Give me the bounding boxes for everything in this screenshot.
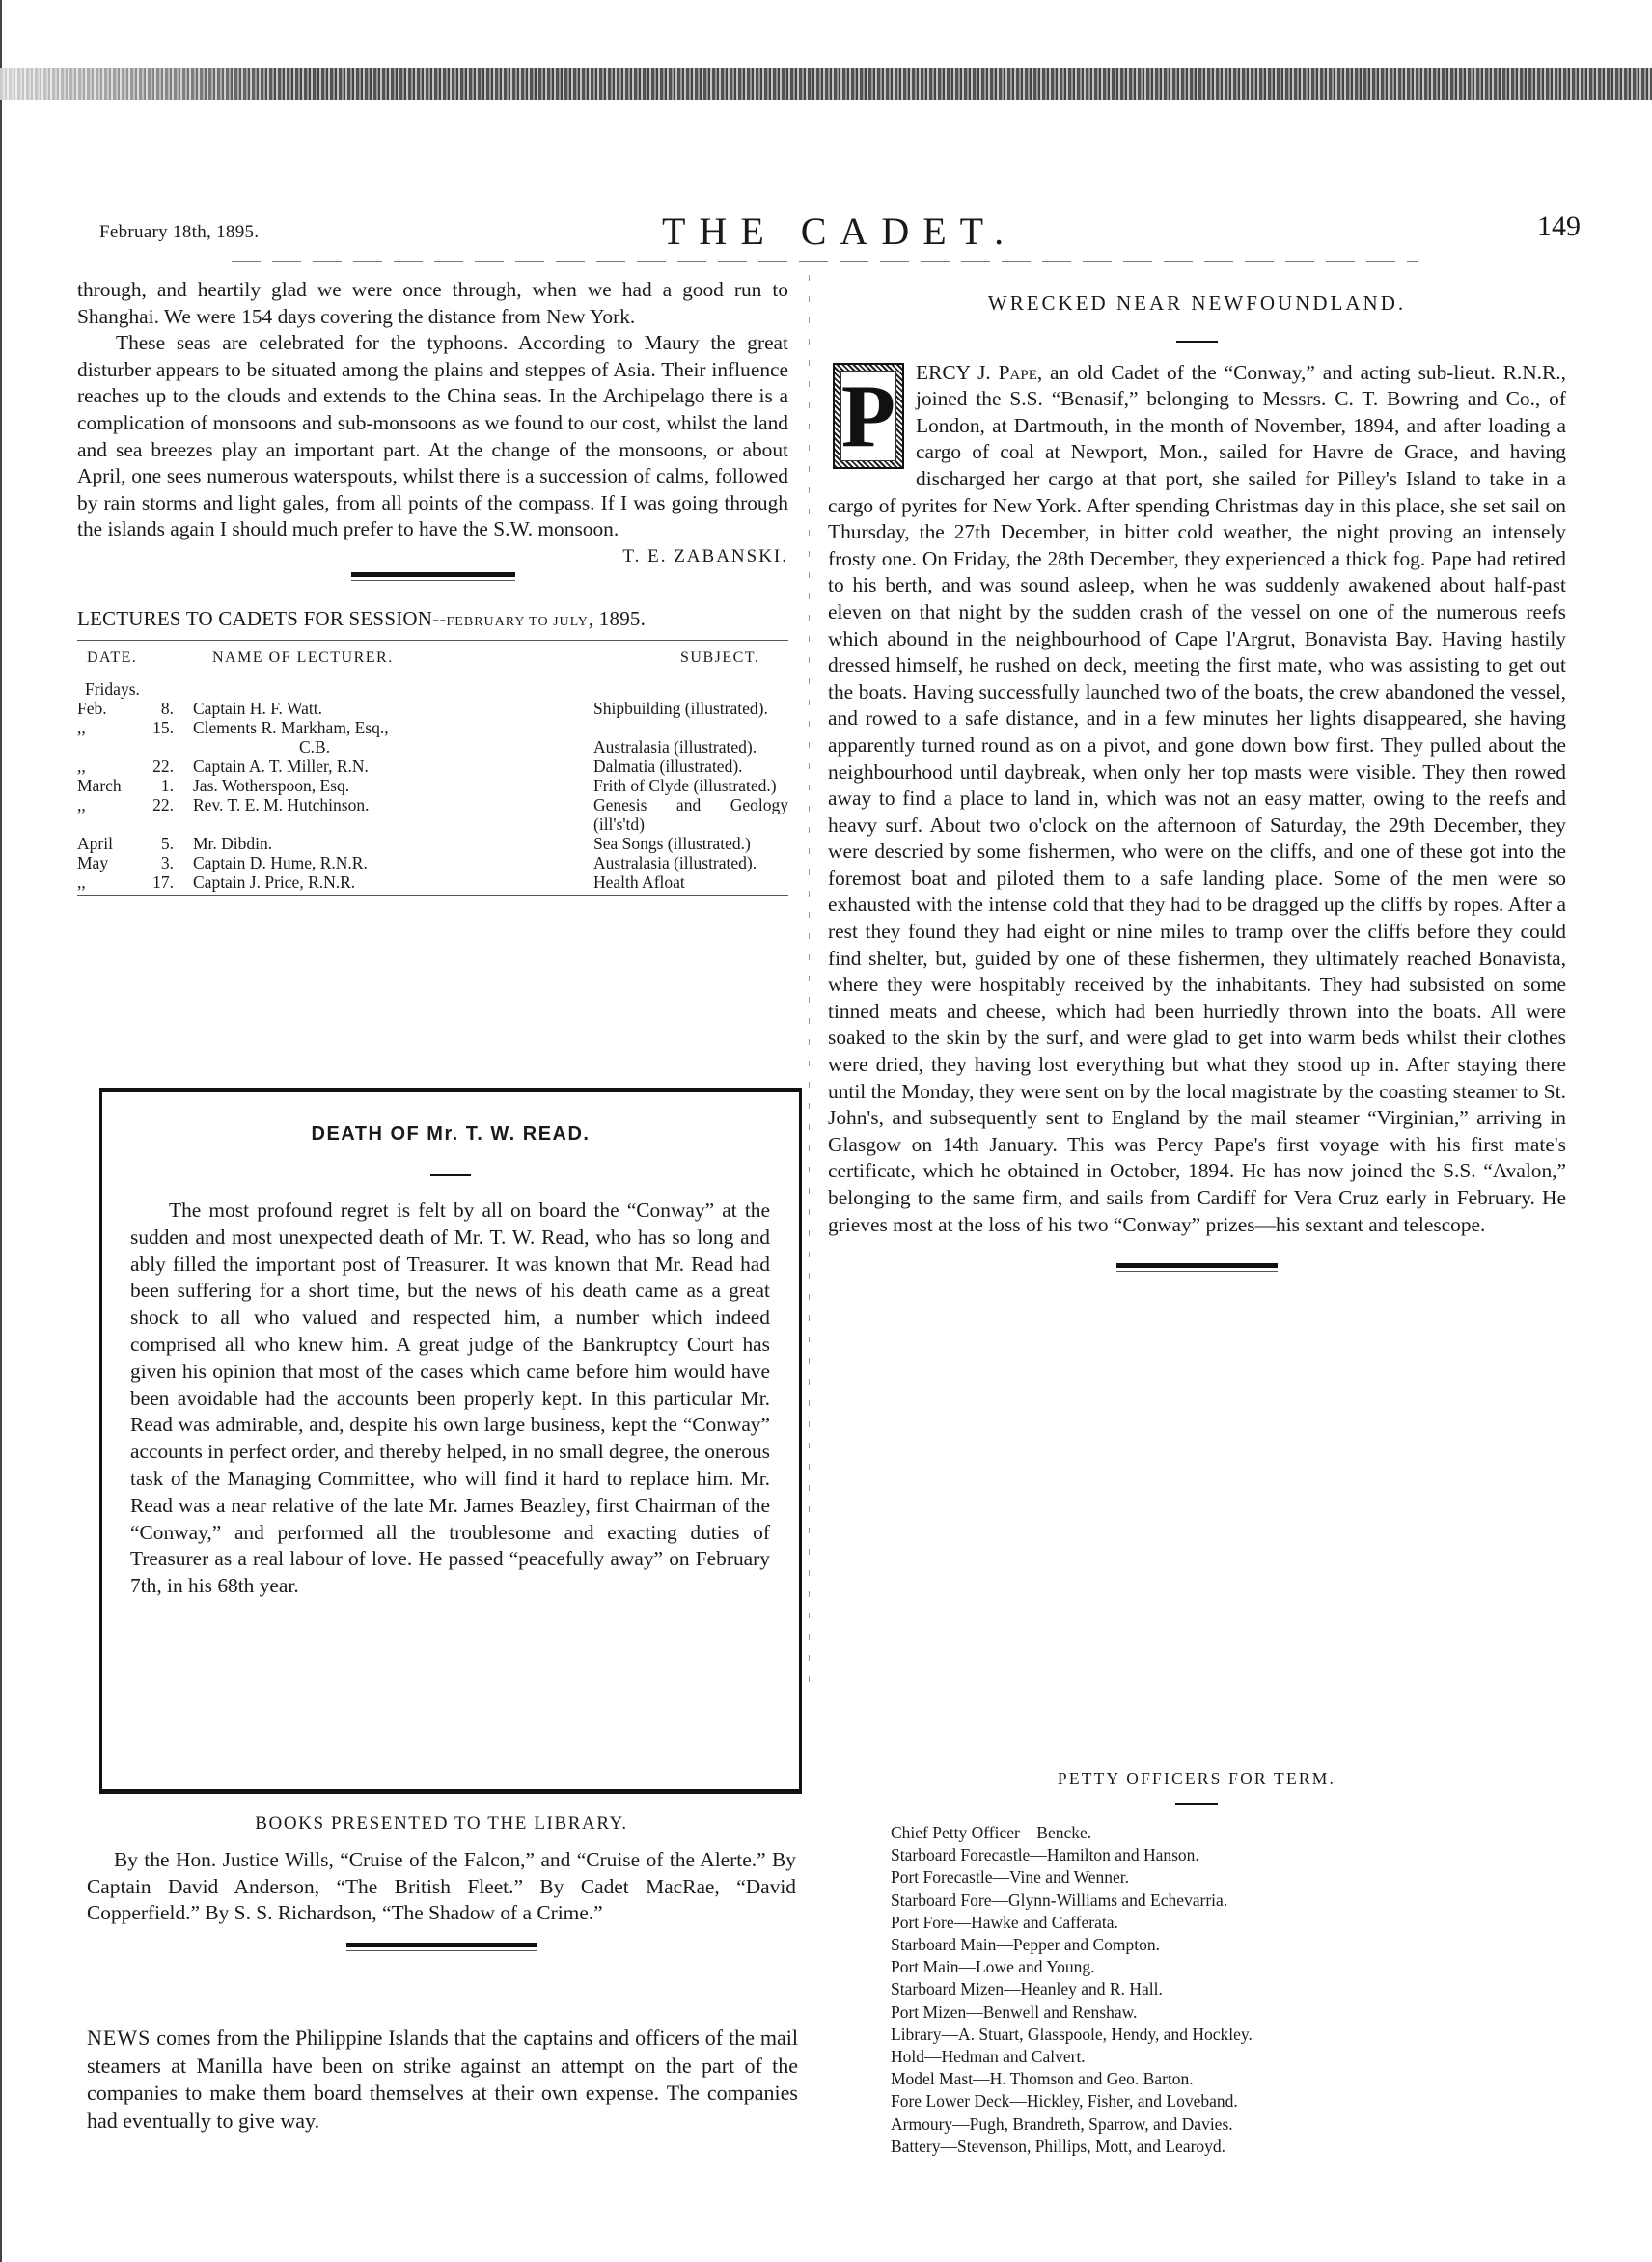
table-row: May3.Captain D. Hume, R.N.R.Australasia … [77, 853, 788, 872]
cell-lecturer: Captain D. Hume, R.N.R. [183, 853, 593, 872]
wreck-paragraph: ERCY J. Pape, an old Cadet of the “Conwa… [828, 360, 1566, 1239]
section-divider [351, 572, 515, 577]
cell-day: 22. [137, 795, 183, 834]
table-row: April5.Mr. Dibdin.Sea Songs (illustrated… [77, 834, 788, 853]
cell-lecturer: Jas. Wotherspoon, Esq. [183, 776, 593, 795]
cell-lecturer: Rev. T. E. M. Hutchinson. [183, 795, 593, 834]
table-row: ,,17.Captain J. Price, R.N.R.Health Aflo… [77, 872, 788, 896]
list-item: Starboard Forecastle—Hamilton and Hanson… [891, 1844, 1568, 1866]
issue-date: February 18th, 1895. [99, 222, 259, 243]
list-item: Chief Petty Officer—Bencke. [891, 1822, 1568, 1844]
cell-lecturer: C.B. [183, 737, 593, 757]
masthead-title: THE CADET. [662, 208, 1017, 254]
cell-month: April [77, 834, 137, 853]
table-row: C.B.Australasia (illustrated). [77, 737, 788, 757]
list-item: Library—A. Stuart, Glasspoole, Hendy, an… [891, 2024, 1568, 2046]
petty-officers-title: PETTY OFFICERS FOR TERM. [825, 1769, 1568, 1789]
lectures-table: Date. Name of Lecturer. Subject. Fridays… [77, 640, 788, 896]
list-item: Port Forecastle—Vine and Wenner. [891, 1866, 1568, 1889]
list-item: Starboard Mizen—Heanley and R. Hall. [891, 1978, 1568, 2000]
cell-day: 15. [137, 718, 183, 737]
cell-day [137, 737, 183, 757]
article-continuation: through, and heartily glad we were once … [77, 277, 788, 330]
lectures-title-main: LECTURES TO CADETS FOR SESSION [77, 607, 432, 630]
petty-officers-section: PETTY OFFICERS FOR TERM. Chief Petty Off… [825, 1769, 1568, 2158]
cell-day: 17. [137, 872, 183, 896]
table-row: ,,15.Clements R. Markham, Esq., [77, 718, 788, 737]
cell-day: 8. [137, 699, 183, 718]
list-item: Hold—Hedman and Calvert. [891, 2046, 1568, 2068]
table-row: ,,22.Rev. T. E. M. Hutchinson.Genesis an… [77, 795, 788, 834]
obituary-rule [430, 1174, 471, 1176]
cell-day: 3. [137, 853, 183, 872]
news-text: comes from the Philippine Islands that t… [87, 2026, 798, 2133]
cell-month: May [77, 853, 137, 872]
cell-day: 22. [137, 757, 183, 776]
title-rule [1176, 341, 1218, 343]
list-item: Port Mizen—Benwell and Renshaw. [891, 2001, 1568, 2024]
title-rule [1175, 1803, 1218, 1805]
books-body: By the Hon. Justice Wills, “Cruise of th… [87, 1847, 796, 1927]
author-signature: T. E. ZABANSKI. [584, 543, 788, 570]
books-section: BOOKS PRESENTED TO THE LIBRARY. By the H… [87, 1803, 796, 1947]
list-item: Starboard Fore—Glynn-Williams and Echeva… [891, 1890, 1568, 1912]
cell-subject: Sea Songs (illustrated.) [593, 834, 788, 853]
ornate-dropcap-icon: P [833, 363, 904, 469]
dropcap-letter: P [840, 371, 896, 461]
page-header: February 18th, 1895. THE CADET. 149 [0, 210, 1652, 249]
cell-subject: Australasia (illustrated). [593, 853, 788, 872]
cell-lecturer: Captain J. Price, R.N.R. [183, 872, 593, 896]
table-row: March1.Jas. Wotherspoon, Esq.Frith of Cl… [77, 776, 788, 795]
header-rule [232, 261, 1418, 262]
cell-month [77, 737, 137, 757]
cell-month: Feb. [77, 699, 137, 718]
list-item: Starboard Main—Pepper and Compton. [891, 1934, 1568, 1956]
list-item: Model Mast—H. Thomson and Geo. Barton. [891, 2068, 1568, 2090]
lectures-title-year: , 1895. [589, 607, 646, 630]
petty-officers-list: Chief Petty Officer—Bencke. Starboard Fo… [825, 1822, 1568, 2158]
col-header-lecturer: Name of Lecturer. [183, 640, 593, 676]
wreck-article-body: P ERCY J. Pape, an old Cadet of the “Con… [828, 360, 1566, 1239]
cell-lecturer: Captain A. T. Miller, R.N. [183, 757, 593, 776]
wreck-article-title: WRECKED NEAR NEWFOUNDLAND. [828, 290, 1566, 317]
scan-noise-fade [0, 68, 289, 100]
cell-month: ,, [77, 795, 137, 834]
news-item: News comes from the Philippine Islands t… [87, 2025, 798, 2135]
lectures-title-range: February to July [447, 615, 589, 629]
day-label: Fridays. [77, 676, 788, 699]
cell-subject: Health Afloat [593, 872, 788, 896]
table-row: ,,22.Captain A. T. Miller, R.N.Dalmatia … [77, 757, 788, 776]
cell-day: 1. [137, 776, 183, 795]
obituary-title: DEATH OF Mr. T. W. READ. [102, 1123, 799, 1145]
col-header-subject: Subject. [593, 640, 788, 676]
cell-month: ,, [77, 718, 137, 737]
cell-subject: Shipbuilding (illustrated). [593, 699, 788, 718]
article-paragraph: These seas are celebrated for the typhoo… [77, 330, 788, 543]
news-body: News comes from the Philippine Islands t… [87, 2025, 798, 2135]
cell-subject [593, 718, 788, 737]
list-item: Armoury—Pugh, Brandreth, Sparrow, and Da… [891, 2113, 1568, 2136]
news-lead: News [87, 2026, 151, 2050]
cell-subject: Australasia (illustrated). [593, 737, 788, 757]
cell-month: ,, [77, 872, 137, 896]
cell-subject: Genesis and Geology (ill's'td) [593, 795, 788, 834]
table-row-day-label: Fridays. [77, 676, 788, 699]
wreck-text: , an old Cadet of the “Conway,” and acti… [828, 361, 1566, 1236]
right-column: WRECKED NEAR NEWFOUNDLAND. P ERCY J. Pap… [828, 277, 1566, 1268]
obituary-body: The most profound regret is felt by all … [102, 1198, 799, 1600]
table-row: Feb.8.Captain H. F. Watt.Shipbuilding (i… [77, 699, 788, 718]
cell-lecturer: Captain H. F. Watt. [183, 699, 593, 718]
section-divider [346, 1943, 537, 1947]
cell-subject: Frith of Clyde (illustrated.) [593, 776, 788, 795]
list-item: Fore Lower Deck—Hickley, Fisher, and Lov… [891, 2090, 1568, 2112]
obituary-box: DEATH OF Mr. T. W. READ. The most profou… [99, 1088, 802, 1794]
lectures-title: LECTURES TO CADETS FOR SESSION--February… [77, 606, 788, 636]
lectures-title-dash: -- [432, 607, 446, 630]
paragraph-text: These seas are celebrated for the typhoo… [77, 331, 788, 540]
list-item: Port Main—Lowe and Young. [891, 1956, 1568, 1978]
column-divider [809, 275, 810, 1684]
scan-edge [0, 0, 2, 2262]
cell-subject: Dalmatia (illustrated). [593, 757, 788, 776]
cell-month: March [77, 776, 137, 795]
cell-month: ,, [77, 757, 137, 776]
list-item: Battery—Stevenson, Phillips, Mott, and L… [891, 2136, 1568, 2158]
lead-name: ERCY J. [916, 361, 999, 384]
books-title: BOOKS PRESENTED TO THE LIBRARY. [87, 1810, 796, 1837]
cell-day: 5. [137, 834, 183, 853]
page-number: 149 [1537, 210, 1581, 243]
left-column: through, and heartily glad we were once … [77, 277, 788, 896]
list-item: Port Fore—Hawke and Cafferata. [891, 1912, 1568, 1934]
cell-lecturer: Clements R. Markham, Esq., [183, 718, 593, 737]
cell-lecturer: Mr. Dibdin. [183, 834, 593, 853]
section-divider [1116, 1263, 1278, 1268]
col-header-date: Date. [77, 640, 183, 676]
lead-surname: Pape [999, 361, 1037, 384]
